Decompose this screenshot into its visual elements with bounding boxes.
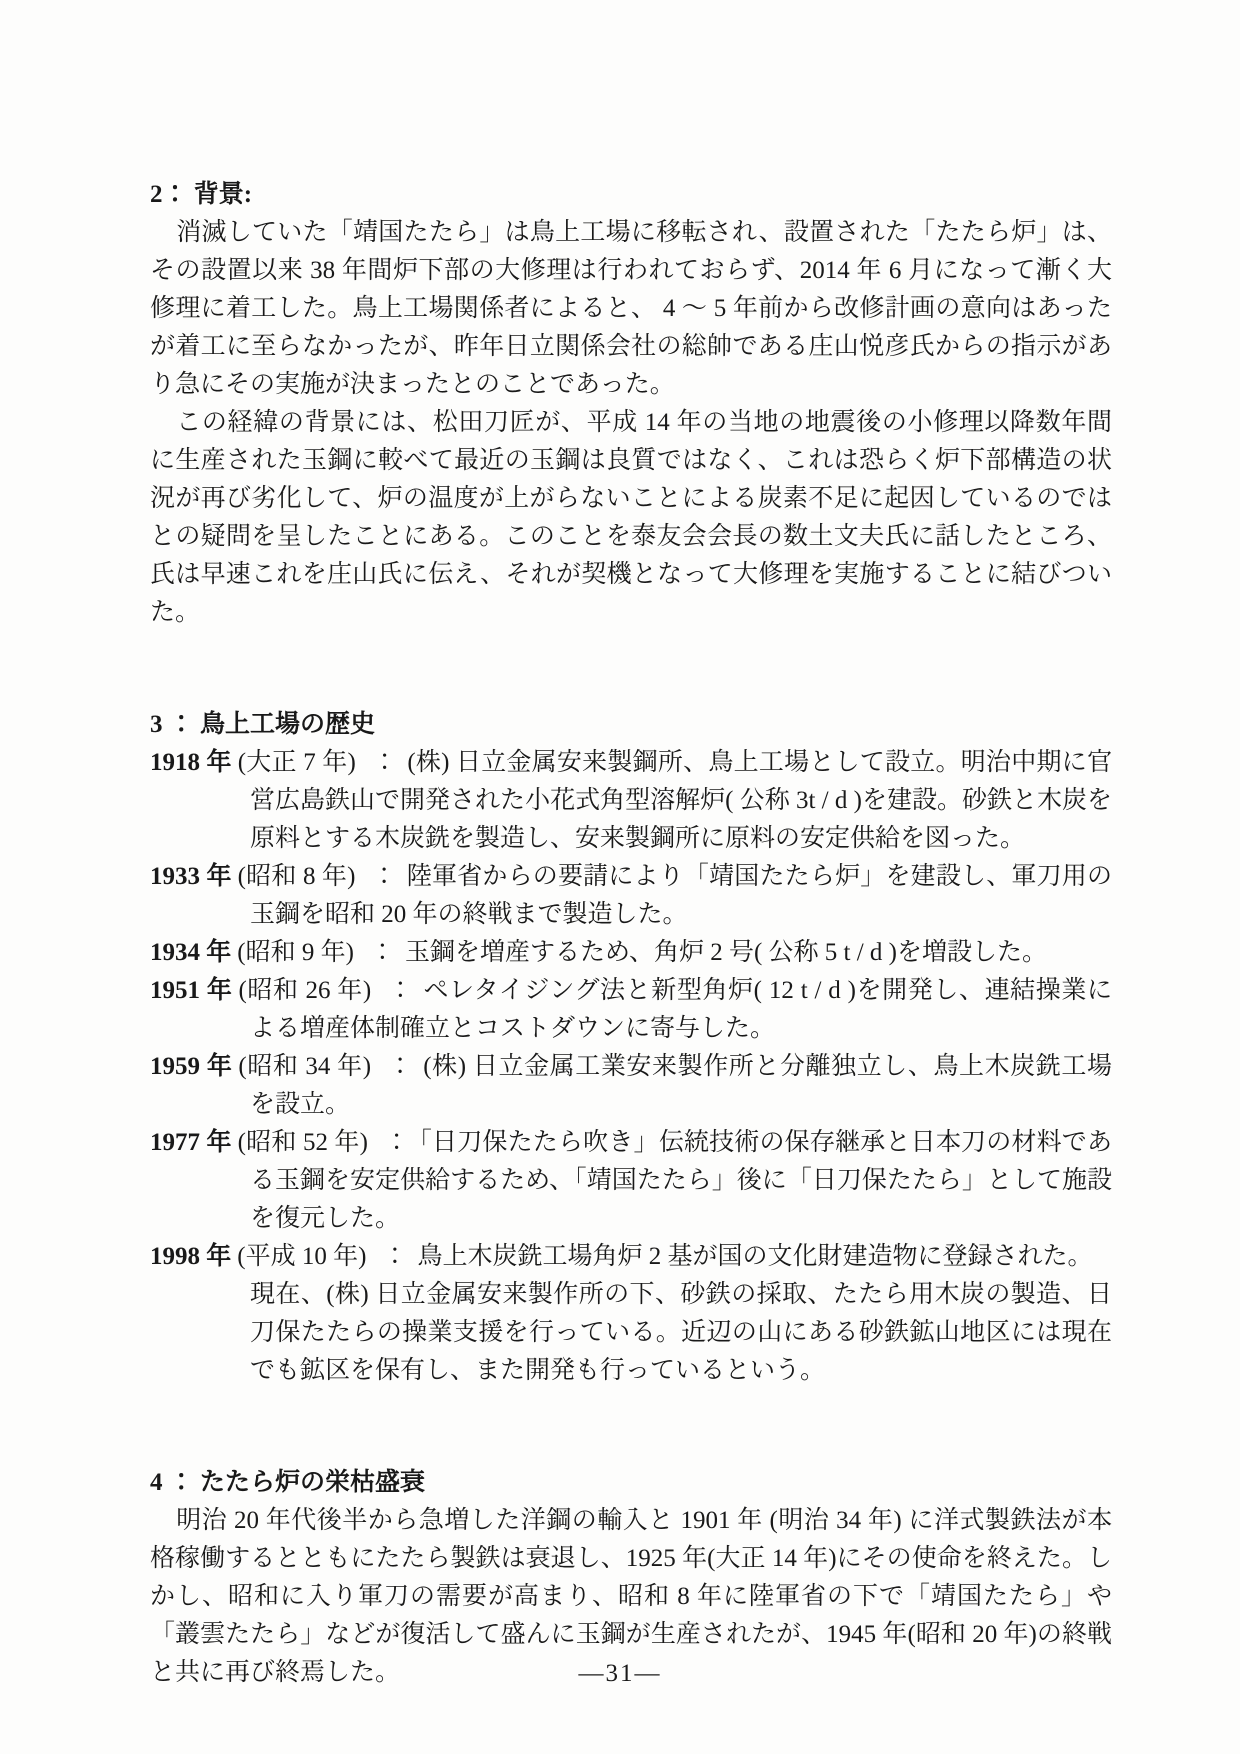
entry-year: 1977 年 xyxy=(150,1129,232,1156)
history-entry-1998: 1998 年(平成 10 年)：鳥上木炭銑工場角炉 2 基が国の文化財建造物に登… xyxy=(150,1238,1112,1390)
entry-separator: ： xyxy=(368,1129,419,1156)
entry-separator: ： xyxy=(366,1243,417,1270)
entry-era: (昭和 52 年) xyxy=(232,1129,368,1156)
history-entry-1959: 1959 年(昭和 34 年)：(株) 日立金属工業安来製作所と分離独立し、鳥上… xyxy=(150,1048,1112,1124)
entry-text: 鳥上木炭銑工場角炉 2 基が国の文化財建造物に登録された。 xyxy=(417,1243,1092,1270)
entry-year: 1918 年 xyxy=(150,749,232,776)
entry-text: 玉鋼を増産するため、角炉 2 号( 公称 5 t / d )を増設した。 xyxy=(405,939,1047,966)
entry-year: 1959 年 xyxy=(150,1053,232,1080)
history-entry-1934: 1934 年(昭和 9 年)：玉鋼を増産するため、角炉 2 号( 公称 5 t … xyxy=(150,934,1112,972)
entry-era: (昭和 34 年) xyxy=(232,1053,371,1080)
entry-era: (昭和 9 年) xyxy=(231,939,354,966)
history-entry-1933: 1933 年(昭和 8 年)：陸軍省からの要請により「靖国たたら炉」を建設し、軍… xyxy=(150,858,1112,934)
entry-separator: ： xyxy=(354,939,405,966)
section-background-heading: 2： 背景: xyxy=(150,176,1112,214)
section-risefall: 4 ： たたら炉の栄枯盛衰 明治 20 年代後半から急増した洋鋼の輸入と 190… xyxy=(150,1464,1112,1692)
section-risefall-heading: 4 ： たたら炉の栄枯盛衰 xyxy=(150,1464,1112,1502)
background-paragraph-1: 消滅していた「靖国たたら」は鳥上工場に移転され、設置された「たたら炉」は、その設… xyxy=(150,214,1112,404)
section-history: 3 ： 鳥上工場の歴史 1918 年(大正 7 年)：(株) 日立金属安来製鋼所… xyxy=(150,706,1112,1390)
entry-separator: ： xyxy=(355,863,406,890)
history-entry-1951: 1951 年(昭和 26 年)：ペレタイジング法と新型角炉( 12 t / d … xyxy=(150,972,1112,1048)
background-paragraph-2: この経緯の背景には、松田刀匠が、平成 14 年の当地の地震後の小修理以降数年間に… xyxy=(150,404,1112,632)
entry-separator: ： xyxy=(371,1053,423,1080)
history-entry-1977: 1977 年(昭和 52 年)：「日刀保たたら吹き」伝統技術の保存継承と日本刀の… xyxy=(150,1124,1112,1238)
entry-year: 1933 年 xyxy=(150,863,232,890)
history-entry-1918: 1918 年(大正 7 年)：(株) 日立金属安来製鋼所、鳥上工場として設立。明… xyxy=(150,744,1112,858)
history-current-status-note: 現在、(株) 日立金属安来製作所の下、砂鉄の採取、たたら用木炭の製造、日刀保たた… xyxy=(250,1276,1112,1390)
entry-era: (平成 10 年) xyxy=(231,1243,366,1270)
entry-separator: ： xyxy=(356,749,407,776)
entry-era: (昭和 26 年) xyxy=(232,977,371,1004)
entry-era: (大正 7 年) xyxy=(232,749,356,776)
page-content: 2： 背景: 消滅していた「靖国たたら」は鳥上工場に移転され、設置された「たたら… xyxy=(150,176,1112,1692)
section-history-heading: 3 ： 鳥上工場の歴史 xyxy=(150,706,1112,744)
section-background: 2： 背景: 消滅していた「靖国たたら」は鳥上工場に移転され、設置された「たたら… xyxy=(150,176,1112,632)
page-number: —31— xyxy=(0,1660,1240,1688)
entry-separator: ： xyxy=(371,977,423,1004)
document-page: 2： 背景: 消滅していた「靖国たたら」は鳥上工場に移転され、設置された「たたら… xyxy=(0,0,1240,1754)
entry-era: (昭和 8 年) xyxy=(232,863,356,890)
entry-year: 1934 年 xyxy=(150,939,231,966)
entry-year: 1998 年 xyxy=(150,1243,231,1270)
entry-year: 1951 年 xyxy=(150,977,232,1004)
